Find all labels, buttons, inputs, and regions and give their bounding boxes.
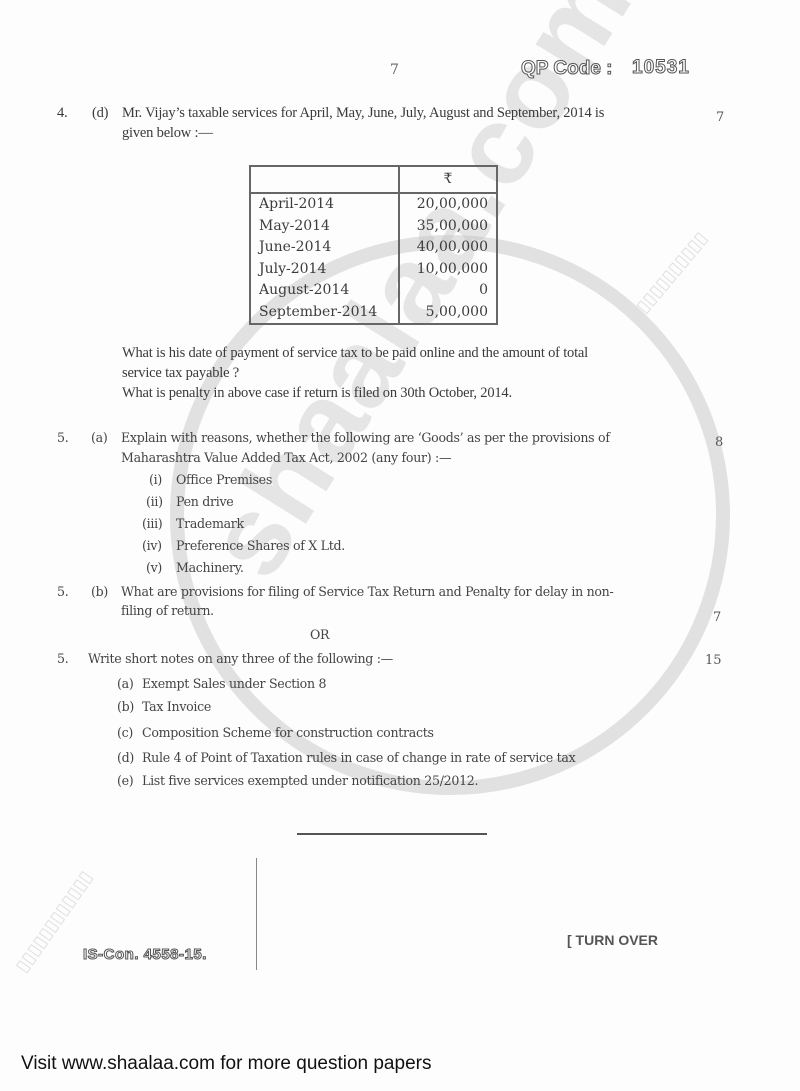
q5a-number: 5. — [57, 430, 68, 445]
taxable-services-table: ₹ April-2014 20,00,000 May-2014 35,00,00… — [249, 165, 498, 325]
amount-cell: 0 — [399, 280, 497, 302]
amount-cell: 35,00,000 — [399, 216, 497, 238]
q5a-item-label: (v) — [146, 560, 162, 575]
page-number: 7 — [390, 62, 399, 78]
table-header-currency: ₹ — [399, 166, 497, 193]
q5alt-item-label: (c) — [117, 725, 133, 740]
q5a-item-text: Machinery. — [176, 560, 244, 575]
q5alt-item-text: Composition Scheme for construction cont… — [142, 725, 434, 740]
q5b-marks: 7 — [713, 610, 721, 625]
or-label: OR — [310, 627, 329, 642]
q5alt-item-text: Exempt Sales under Section 8 — [142, 676, 326, 691]
q5b-label: (b) — [91, 584, 108, 599]
q4d-question-line2: service tax payable ? — [122, 365, 239, 382]
table-header-row: ₹ — [250, 166, 497, 193]
q5alt-item-text: Tax Invoice — [142, 699, 211, 714]
q5alt-number: 5. — [57, 651, 68, 666]
q5a-item-label: (i) — [149, 472, 162, 487]
paper-code: IS-Con. 4558-15. — [83, 946, 207, 963]
vertical-divider — [256, 858, 257, 970]
q5a-item-label: (ii) — [146, 494, 163, 509]
q5alt-item-text: Rule 4 of Point of Taxation rules in cas… — [142, 750, 575, 765]
month-cell: September-2014 — [250, 302, 399, 325]
table-header-month — [250, 166, 399, 193]
q5alt-text: Write short notes on any three of the fo… — [88, 651, 393, 666]
q4d-text-line1: Mr. Vijay’s taxable services for April, … — [122, 105, 604, 122]
q5b-number: 5. — [57, 584, 68, 599]
q5a-item-text: Preference Shares of X Ltd. — [176, 538, 345, 553]
turn-over-label: [ TURN OVER — [567, 932, 658, 948]
q5a-item-text: Office Premises — [176, 472, 272, 487]
q4d-label: (d) — [92, 105, 108, 122]
month-cell: April-2014 — [250, 193, 399, 216]
q5a-text-line1: Explain with reasons, whether the follow… — [121, 430, 610, 445]
q5alt-item-text: List five services exempted under notifi… — [142, 773, 478, 788]
q5alt-item-label: (e) — [117, 773, 133, 788]
amount-cell: 5,00,000 — [399, 302, 497, 325]
table-row: September-2014 5,00,000 — [250, 302, 497, 325]
end-of-paper-rule — [297, 833, 487, 835]
month-cell: August-2014 — [250, 280, 399, 302]
q5b-text-line1: What are provisions for filing of Servic… — [121, 584, 613, 599]
q4d-question-line3: What is penalty in above case if return … — [122, 385, 512, 402]
q5a-item-label: (iv) — [142, 538, 162, 553]
table-row: July-2014 10,00,000 — [250, 259, 497, 281]
table-row: April-2014 20,00,000 — [250, 193, 497, 216]
q5a-item-label: (iii) — [142, 516, 162, 531]
q5a-text-line2: Maharashtra Value Added Tax Act, 2002 (a… — [121, 450, 451, 465]
q4d-marks: 7 — [716, 110, 724, 125]
q5a-item-text: Pen drive — [176, 494, 233, 509]
q5a-item-text: Trademark — [176, 516, 244, 531]
exam-page: shaalaa.com ▯▯▯▯▯▯▯▯▯▯▯▯ ▯▯▯▯▯▯▯▯▯▯ 7 QP… — [0, 0, 800, 1091]
amount-cell: 20,00,000 — [399, 193, 497, 216]
table-row: May-2014 35,00,000 — [250, 216, 497, 238]
q5alt-item-label: (b) — [117, 699, 134, 714]
qp-code-value: 10531 — [632, 57, 690, 79]
side-watermark-right: ▯▯▯▯▯▯▯▯▯▯ — [632, 228, 712, 317]
q5alt-marks: 15 — [705, 653, 722, 668]
q4d-text-line2: given below :— — [122, 125, 213, 142]
q5a-label: (a) — [91, 430, 107, 445]
month-cell: May-2014 — [250, 216, 399, 238]
q4d-question-line1: What is his date of payment of service t… — [122, 345, 588, 362]
amount-cell: 10,00,000 — [399, 259, 497, 281]
table-row: August-2014 0 — [250, 280, 497, 302]
q5a-marks: 8 — [715, 435, 723, 450]
footer-text: Visit www.shaalaa.com for more question … — [21, 1053, 431, 1075]
q4-number: 4. — [57, 105, 67, 122]
month-cell: June-2014 — [250, 237, 399, 259]
table-row: June-2014 40,00,000 — [250, 237, 497, 259]
amount-cell: 40,00,000 — [399, 237, 497, 259]
q5alt-item-label: (d) — [117, 750, 134, 765]
month-cell: July-2014 — [250, 259, 399, 281]
qp-code-label: QP Code : — [521, 58, 613, 80]
q5b-text-line2: filing of return. — [121, 603, 214, 618]
q5alt-item-label: (a) — [117, 676, 133, 691]
